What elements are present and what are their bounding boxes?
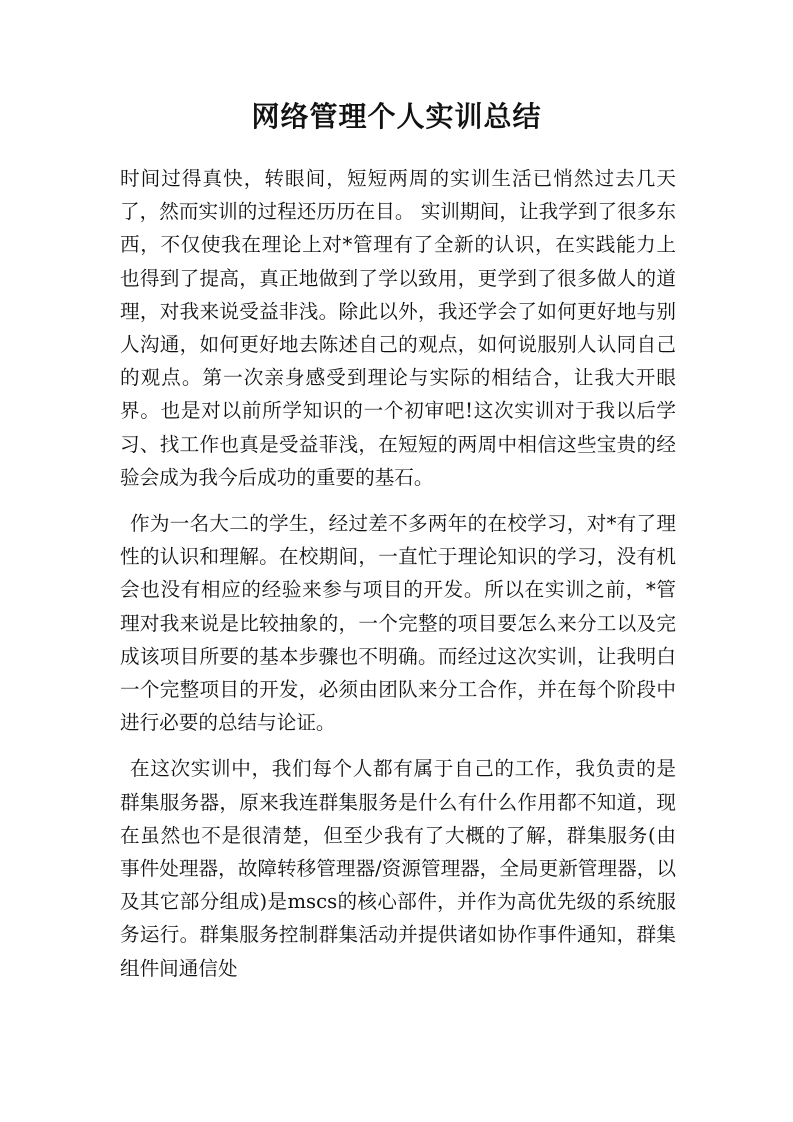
document-body: 时间过得真快，转眼间，短短两周的实训生活已悄然过去几天了，然而实训的过程还历历在… — [120, 162, 676, 985]
paragraph-2: 作为一名大二的学生，经过差不多两年的在校学习，对*有了理性的认识和理解。在校期间… — [120, 507, 676, 739]
paragraph-1: 时间过得真快，转眼间，短短两周的实训生活已悄然过去几天了，然而实训的过程还历历在… — [120, 162, 676, 494]
paragraph-3: 在这次实训中，我们每个人都有属于自己的工作，我负责的是群集服务器，原来我连群集服… — [120, 752, 676, 984]
document-page: 网络管理个人实训总结 时间过得真快，转眼间，短短两周的实训生活已悄然过去几天了，… — [0, 0, 793, 1122]
document-title: 网络管理个人实训总结 — [0, 97, 793, 137]
